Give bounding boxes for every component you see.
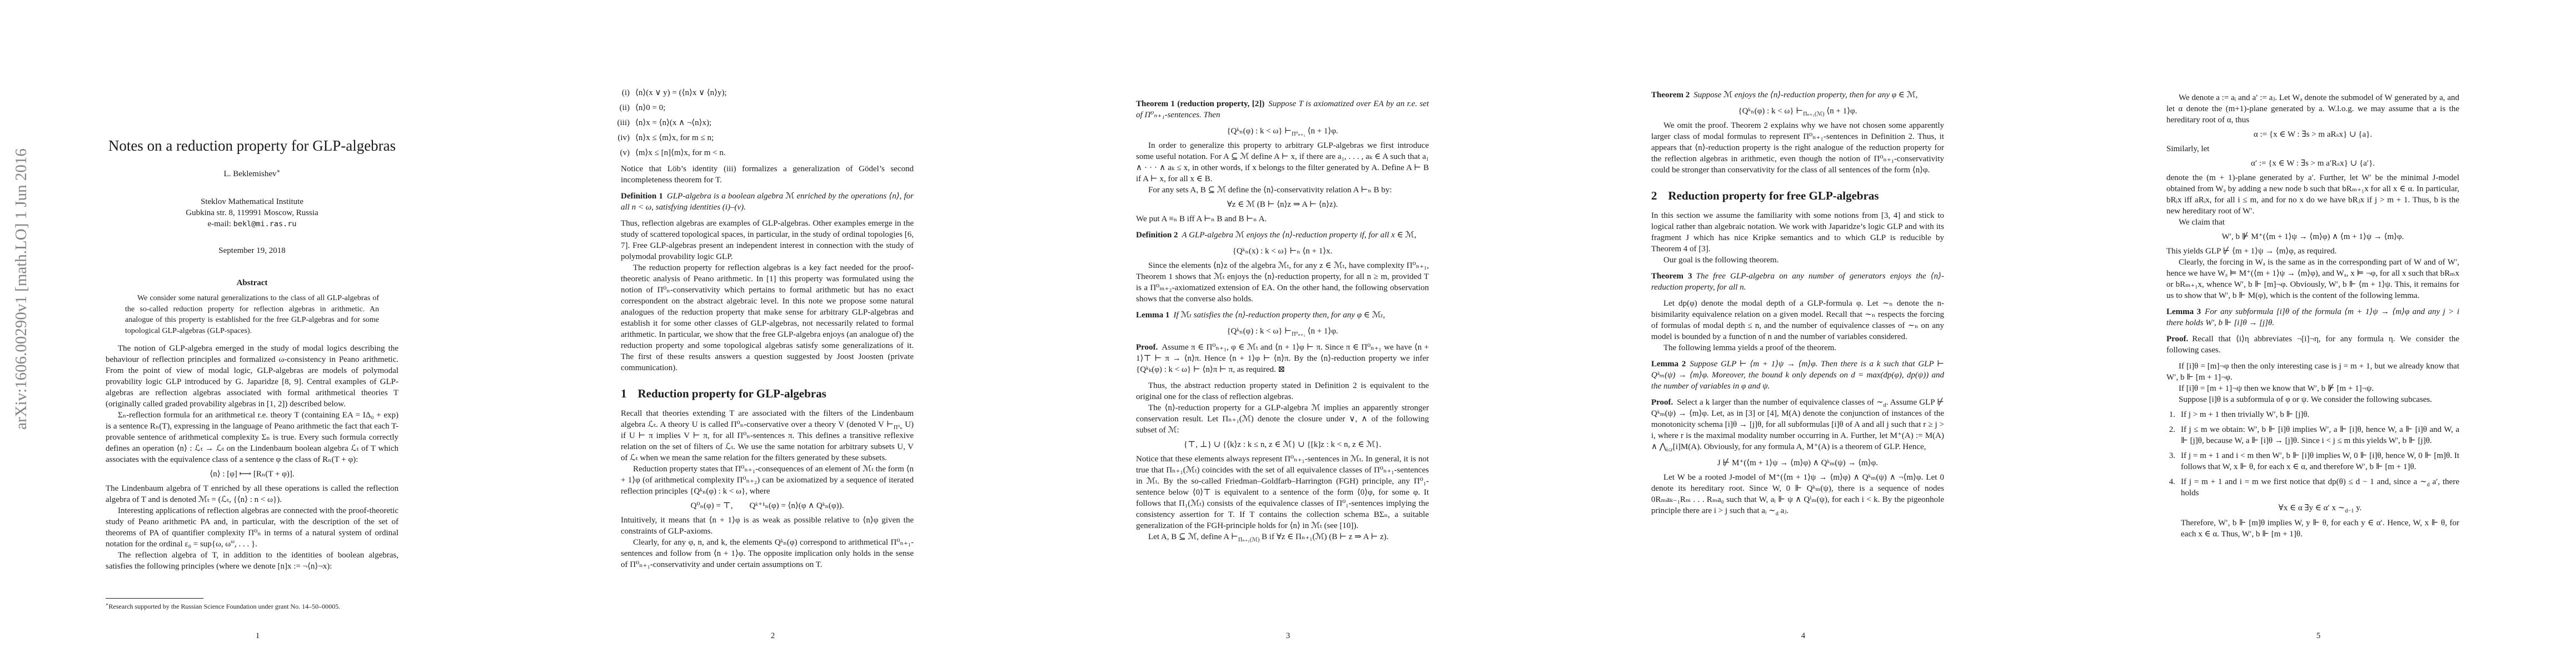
- p2-paragraph-intuitively: Intuitively, it means that ⟨n + 1⟩φ is a…: [621, 515, 914, 537]
- proof-2-label: Proof.: [1651, 398, 1673, 407]
- theorem-2-body: Suppose ℳ enjoys the ⟨n⟩-reduction prope…: [1693, 91, 1917, 99]
- p1-paragraph-4: Interesting applications of reflection a…: [106, 505, 398, 550]
- email-label: e-mail:: [207, 220, 233, 228]
- lemma-3-body: For any subformula [i]θ of the formula ⟨…: [2166, 307, 2459, 327]
- page-number-1: 1: [0, 631, 515, 641]
- p4-paragraph-weomit: We omit the proof. Theorem 2 explains wh…: [1651, 120, 1944, 176]
- definition-1-block: Definition 1GLP-algebra is a boolean alg…: [621, 191, 914, 213]
- list-item-iii: (iii)⟨n⟩x = ⟨n⟩(x ∧ ¬⟨n⟩x);: [621, 117, 914, 128]
- paper-title: Notes on a reduction property for GLP-al…: [106, 137, 398, 155]
- subcase-text: If j = m + 1 and i < m then W′, b ⊩ [i]θ…: [2181, 451, 2459, 471]
- proof-2-block: Proof.Select a k larger than the number …: [1651, 397, 1944, 452]
- lemma-1-block: Lemma 1If ℳₜ satisfies the ⟨n⟩-reduction…: [1136, 310, 1429, 321]
- definition-1-label: Definition 1: [621, 192, 663, 201]
- p3-display-formula-3: {Qᵏₙ(x) : k < ω} ⊢ₙ ⟨n + 1⟩x.: [1136, 246, 1429, 257]
- p5-paragraph-6: Clearly, the forcing in Wₐ is the same a…: [2166, 257, 2459, 301]
- p4-paragraph-letw: Let W be a rooted J-model of M⁺(⟨m + 1⟩ψ…: [1651, 472, 1944, 516]
- section-2-title: Reduction property for free GLP-algebras: [1668, 189, 1879, 202]
- p1-paragraph-5: The reflection algebra of T, in addition…: [106, 550, 398, 572]
- section-2-number: 2: [1651, 189, 1657, 202]
- p3-paragraph-let: Let A, B ⊆ ℳ, define A ⊢Πₙ₊₁(ℳ) B if ∀z …: [1136, 531, 1429, 542]
- subcase-label: 2.: [2154, 424, 2175, 435]
- p3-paragraph-notice: Notice that these elements always repres…: [1136, 454, 1429, 531]
- arxiv-stamp: arXiv:1606.00290v1 [math.LO] 1 Jun 2016: [9, 121, 33, 457]
- author-name: L. Beklemishev: [224, 170, 277, 178]
- affiliation-line-2: Gubkina str. 8, 119991 Moscow, Russia: [106, 207, 398, 218]
- subcase-text: If j > m + 1 then trivially W′, b ⊩ [j]θ…: [2181, 410, 2309, 419]
- list-item-text: ⟨n⟩0 = 0;: [635, 103, 665, 112]
- paper-canvas: { "arxiv_stamp": "arXiv:1606.00290v1 [ma…: [0, 0, 2576, 667]
- proof-1-label: Proof.: [1136, 343, 1158, 352]
- page-5: We denote a := aᵢ and a′ := aⱼ. Let Wₐ d…: [2061, 0, 2576, 667]
- p5-display-formula-2: α′ := {x ∈ W : ∃s > m a′Rₛx} ∪ {a′}.: [2166, 158, 2459, 169]
- p2-paragraph-thus: Thus, reflection algebras are examples o…: [621, 218, 914, 262]
- list-item-label: (v): [609, 147, 630, 158]
- proof-3-block: Proof.Recall that ⟨i⟩η abbreviates ¬[i]¬…: [2166, 333, 2459, 356]
- lemma-1-label: Lemma 1: [1136, 311, 1169, 320]
- p5-display-formula-4: ∀x ∈ α ∃y ∈ α′ x ∼d−1 y.: [2166, 502, 2459, 514]
- page-number-4: 4: [1546, 631, 2061, 641]
- theorem-1-label: Theorem 1 (reduction property, [2]): [1136, 99, 1264, 108]
- p3-paragraph-weput: We put A ≡ₙ B iff A ⊢ₙ B and B ⊢ₙ A.: [1136, 213, 1429, 225]
- page-2-text-block: (i)⟨n⟩(x ∨ y) = (⟨n⟩x ∨ ⟨n⟩y); (ii)⟨n⟩0 …: [621, 83, 914, 570]
- lemma-3-label: Lemma 3: [2166, 307, 2201, 316]
- p2-display-formula-1: Q⁰ₙ(φ) = ⊤, Qᵏ⁺¹ₙ(φ) = ⟨n⟩(φ ∧ Qᵏₙ(φ)).: [621, 500, 914, 511]
- section-1-number: 1: [621, 387, 627, 400]
- proof-3-label: Proof.: [2166, 335, 2188, 344]
- footnote: ∗Research supported by the Russian Scien…: [106, 602, 398, 611]
- p2-paragraph-reduction2: Reduction property states that Π⁰ₙ₊₁-con…: [621, 464, 914, 497]
- page-4-text-block: Theorem 2Suppose ℳ enjoys the ⟨n⟩-reduct…: [1651, 84, 1944, 516]
- theorem-1-block: Theorem 1 (reduction property, [2])Suppo…: [1136, 98, 1429, 121]
- page-1: arXiv:1606.00290v1 [math.LO] 1 Jun 2016 …: [0, 0, 515, 667]
- p4-paragraph-letdp: Let dp(φ) denote the modal depth of a GL…: [1651, 298, 1944, 342]
- author: L. Beklemishev∗: [106, 168, 398, 180]
- page-5-text-block: We denote a := aᵢ and a′ := aⱼ. Let Wₐ d…: [2166, 92, 2459, 544]
- p1-display-formula-1: ⟨n⟩ : [φ] ⟼ [Rₙ(T + φ)].: [106, 469, 398, 480]
- list-item-text: ⟨n⟩x ≤ ⟨m⟩x, for m ≤ n;: [635, 133, 714, 142]
- list-item-iv: (iv)⟨n⟩x ≤ ⟨m⟩x, for m ≤ n;: [621, 132, 914, 143]
- p5-paragraph-3: denote the (m + 1)-plane generated by a′…: [2166, 172, 2459, 217]
- p3-display-formula-4: {Qᵏₙ(φ) : k < ω} ⊢Π⁰ₙ₊₁ ⟨n + 1⟩φ.: [1136, 326, 1429, 337]
- subcase-list: 1.If j > m + 1 then trivially W′, b ⊩ [j…: [2166, 409, 2459, 540]
- p5-paragraph-9: Suppose [i]θ is a subformula of φ or ψ. …: [2166, 394, 2459, 405]
- list-item-label: (ii): [609, 102, 630, 113]
- list-item-label: (i): [609, 87, 630, 98]
- page-3: Theorem 1 (reduction property, [2])Suppo…: [1030, 0, 1546, 667]
- subcase-label: 1.: [2154, 409, 2175, 420]
- list-item-v: (v)⟨m⟩x ≤ [n]⟨m⟩x, for m < n.: [621, 147, 914, 158]
- p1-paragraph-3: The Lindenbaum algebra of T enriched by …: [106, 483, 398, 505]
- p5-display-formula-3: W′, b ⊮ M⁺(⟨m + 1⟩ψ → ⟨m⟩φ) ∧ ⟨m + 1⟩ψ →…: [2166, 231, 2459, 242]
- list-item-text: ⟨m⟩x ≤ [n]⟨m⟩x, for m < n.: [635, 148, 726, 157]
- page-number-3: 3: [1030, 631, 1546, 641]
- p3-display-formula-2: ∀z ∈ ℳ (B ⊢ ⟨n⟩z ⇒ A ⊢ ⟨n⟩z).: [1136, 199, 1429, 210]
- subcase-label: 4.: [2154, 476, 2175, 487]
- p3-display-formula-1: {Qᵏₙ(φ) : k < ω} ⊢Π⁰ₙ₊₁ ⟨n + 1⟩φ.: [1136, 126, 1429, 137]
- affiliation-line-1: Steklov Mathematical Institute: [106, 196, 398, 207]
- proof-3-body: Recall that ⟨i⟩η abbreviates ¬[i]¬η, for…: [2166, 335, 2459, 355]
- subcase-text: If j ≤ m we obtain: W′, b ⊩ [i]θ implies…: [2181, 425, 2459, 445]
- identity-list: (i)⟨n⟩(x ∨ y) = (⟨n⟩x ∨ ⟨n⟩y); (ii)⟨n⟩0 …: [621, 87, 914, 158]
- subcase-4: 4.If j = m + 1 and i = m we first notice…: [2166, 476, 2459, 499]
- p2-paragraph-recall: Recall that theories extending T are ass…: [621, 408, 914, 464]
- abstract-heading: Abstract: [106, 277, 398, 288]
- list-item-label: (iv): [609, 132, 630, 143]
- subcase-1: 1.If j > m + 1 then trivially W′, b ⊩ [j…: [2166, 409, 2459, 420]
- list-item-text: ⟨n⟩x = ⟨n⟩(x ∧ ¬⟨n⟩x);: [635, 118, 711, 127]
- abstract-text: We consider some natural generalizations…: [125, 293, 379, 336]
- page-3-text-block: Theorem 1 (reduction property, [2])Suppo…: [1136, 93, 1429, 542]
- lemma-2-label: Lemma 2: [1651, 360, 1686, 369]
- section-1-heading: 1Reduction property for GLP-algebras: [621, 387, 914, 401]
- lemma-1-body: If ℳₜ satisfies the ⟨n⟩-reduction proper…: [1173, 311, 1385, 320]
- author-footnote-mark: ∗: [277, 168, 281, 175]
- p2-paragraph-clearly: Clearly, for any φ, n, and k, the elemen…: [621, 537, 914, 570]
- email-line: e-mail: bekl@mi.ras.ru: [106, 218, 398, 230]
- p1-paragraph-1: The notion of GLP-algebra emerged in the…: [106, 343, 398, 410]
- proof-1-block: Proof.Assume π ∈ Π⁰ₙ₊₁, φ ∈ ℳₜ and ⟨n + …: [1136, 342, 1429, 375]
- p3-paragraph-stronger: The ⟨n⟩-reduction property for a GLP-alg…: [1136, 402, 1429, 436]
- p4-display-formula-2: J ⊬ M⁺(⟨m + 1⟩ψ → ⟨m⟩φ) ∧ Qᵏₘ(ψ) → ⟨m⟩φ.: [1651, 457, 1944, 469]
- footnote-rule: [106, 598, 203, 599]
- p3-paragraph-since: Since the elements ⟨n⟩z of the algebra ℳ…: [1136, 260, 1429, 305]
- affiliation: Steklov Mathematical Institute Gubkina s…: [106, 196, 398, 230]
- theorem-3-body: The free GLP-algebra on any number of ge…: [1651, 272, 1944, 292]
- definition-2-label: Definition 2: [1136, 231, 1178, 240]
- list-item-label: (iii): [609, 117, 630, 128]
- subcase-label: 3.: [2154, 450, 2175, 461]
- definition-2-body: A GLP-algebra ℳ enjoys the ⟨n⟩-reduction…: [1182, 231, 1416, 240]
- lemma-2-block: Lemma 2Suppose GLP ⊢ ⟨m + 1⟩ψ → ⟨m⟩φ. Th…: [1651, 359, 1944, 392]
- p5-paragraph-8: If [i]θ = [m + 1]¬ψ then we know that W′…: [2166, 383, 2459, 394]
- page-1-text-block: Notes on a reduction property for GLP-al…: [106, 137, 398, 572]
- lemma-3-block: Lemma 3For any subformula [i]θ of the fo…: [2166, 306, 2459, 328]
- subcase-text: If j = m + 1 and i = m we first notice t…: [2181, 477, 2459, 497]
- p3-paragraph-thus: Thus, the abstract reduction property st…: [1136, 380, 1429, 402]
- section-1-title: Reduction property for GLP-algebras: [638, 387, 826, 400]
- p1-paragraph-2: Σₙ-reflection formula for an arithmetica…: [106, 410, 398, 465]
- page-number-5: 5: [2061, 631, 2576, 641]
- list-item-text: ⟨n⟩(x ∨ y) = (⟨n⟩x ∨ ⟨n⟩y);: [635, 88, 727, 97]
- subcase-2: 2.If j ≤ m we obtain: W′, b ⊩ [i]θ impli…: [2166, 424, 2459, 446]
- list-item-i: (i)⟨n⟩(x ∨ y) = (⟨n⟩x ∨ ⟨n⟩y);: [621, 87, 914, 98]
- p2-paragraph-notice: Notice that Löb’s identity (iii) formali…: [621, 163, 914, 186]
- proof-1-body: Assume π ∈ Π⁰ₙ₊₁, φ ∈ ℳₜ and ⟨n + 1⟩φ ⊢ …: [1136, 343, 1429, 374]
- p5-display-formula-1: α := {x ∈ W : ∃s > m aRₛx} ∪ {a}.: [2166, 129, 2459, 140]
- email-address: bekl@mi.ras.ru: [233, 220, 297, 228]
- p2-paragraph-reduction: The reduction property for reflection al…: [621, 262, 914, 374]
- paper-title-text: Notes on a reduction property for GLP-al…: [108, 137, 396, 154]
- p3-display-formula-5: {⊤, ⊥} ∪ {⟨k⟩z : k ≤ n, z ∈ ℳ} ∪ {[k]z :…: [1136, 439, 1429, 450]
- theorem-2-block: Theorem 2Suppose ℳ enjoys the ⟨n⟩-reduct…: [1651, 89, 1944, 101]
- paper-date: September 19, 2018: [106, 245, 398, 256]
- theorem-3-block: Theorem 3The free GLP-algebra on any num…: [1651, 271, 1944, 293]
- definition-1-body: GLP-algebra is a boolean algebra ℳ enric…: [621, 192, 914, 212]
- proof-2-body: Select a k larger than the number of equ…: [1651, 398, 1944, 451]
- p3-paragraph-forany: For any sets A, B ⊆ ℳ define the ⟨n⟩-con…: [1136, 185, 1429, 196]
- p5-paragraph-2: Similarly, let: [2166, 143, 2459, 155]
- subcase-text: Therefore, W′, b ⊩ [m]θ implies W, y ⊩ θ…: [2181, 519, 2459, 539]
- p4-display-formula-1: {Qᵏₙ(φ) : k < ω} ⊢Πₙ₊₁(ℳ) ⟨n + 1⟩φ.: [1651, 106, 1944, 117]
- p3-paragraph-inorder: In order to generalize this property to …: [1136, 140, 1429, 185]
- p5-paragraph-5: This yields GLP ⊬ ⟨m + 1⟩ψ → ⟨m⟩φ, as re…: [2166, 246, 2459, 257]
- p4-paragraph-following: The following lemma yields a proof of th…: [1651, 342, 1944, 354]
- page-number-2: 2: [515, 631, 1030, 641]
- p4-paragraph-goal: Our goal is the following theorem.: [1651, 255, 1944, 266]
- section-2-heading: 2Reduction property for free GLP-algebra…: [1651, 189, 1944, 203]
- subcase-4-tail: Therefore, W′, b ⊩ [m]θ implies W, y ⊩ θ…: [2166, 517, 2459, 540]
- definition-2-block: Definition 2A GLP-algebra ℳ enjoys the ⟨…: [1136, 230, 1429, 241]
- subcase-3: 3.If j = m + 1 and i < m then W′, b ⊩ [i…: [2166, 450, 2459, 472]
- list-item-ii: (ii)⟨n⟩0 = 0;: [621, 102, 914, 113]
- theorem-2-label: Theorem 2: [1651, 91, 1690, 99]
- page-4: Theorem 2Suppose ℳ enjoys the ⟨n⟩-reduct…: [1546, 0, 2061, 667]
- p5-paragraph-4: We claim that: [2166, 217, 2459, 228]
- page-2: (i)⟨n⟩(x ∨ y) = (⟨n⟩x ∨ ⟨n⟩y); (ii)⟨n⟩0 …: [515, 0, 1030, 667]
- p4-paragraph-inthis: In this section we assume the familiarit…: [1651, 210, 1944, 255]
- theorem-3-label: Theorem 3: [1651, 272, 1692, 281]
- p5-paragraph-7: If [i]θ = [m]¬φ then the only interestin…: [2166, 361, 2459, 383]
- p5-paragraph-1: We denote a := aᵢ and a′ := aⱼ. Let Wₐ d…: [2166, 92, 2459, 126]
- lemma-2-body: Suppose GLP ⊢ ⟨m + 1⟩ψ → ⟨m⟩φ. Then ther…: [1651, 360, 1944, 391]
